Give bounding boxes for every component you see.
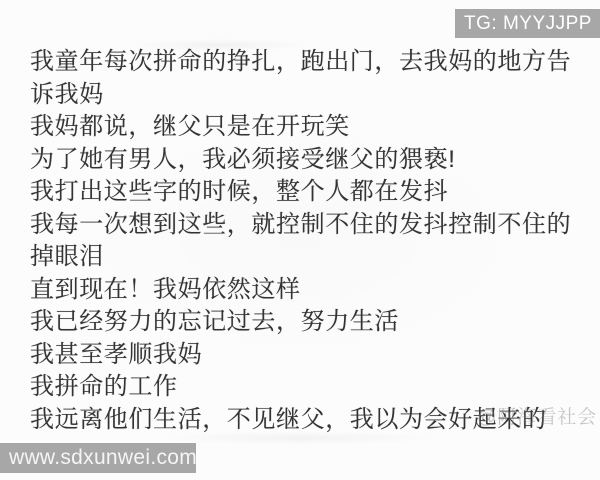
post-line: 我童年每次拼命的挣扎，跑出门，去我妈的地方告 xyxy=(30,46,590,79)
post-line: 诉我妈 xyxy=(30,79,590,112)
post-line: 我拼命的工作 xyxy=(30,371,590,404)
site-watermark-bar: www.sdxunwei.com xyxy=(0,443,196,473)
post-line: 直到现在！我妈依然这样 xyxy=(30,274,590,307)
screenshot-root: TG: MYYJJPP 我童年每次拼命的挣扎，跑出门，去我妈的地方告 诉我妈 我… xyxy=(0,0,600,480)
post-line: 我甚至孝顺我妈 xyxy=(30,339,590,372)
post-line: 我妈都说，继父只是在开玩笑 xyxy=(30,111,590,144)
post-line: 我已经努力的忘记过去，努力生活 xyxy=(30,306,590,339)
post-line: 掉眼泪 xyxy=(30,241,590,274)
account-watermark: @阿海看社会 xyxy=(477,407,597,429)
post-line: 为了她有男人，我必须接受继父的猥亵! xyxy=(30,144,590,177)
post-text-block: 我童年每次拼命的挣扎，跑出门，去我妈的地方告 诉我妈 我妈都说，继父只是在开玩笑… xyxy=(30,46,590,436)
telegram-watermark-badge: TG: MYYJJPP xyxy=(455,9,600,38)
post-line: 我打出这些字的时候，整个人都在发抖 xyxy=(30,176,590,209)
post-line: 我每一次想到这些，就控制不住的发抖控制不住的 xyxy=(30,209,590,242)
